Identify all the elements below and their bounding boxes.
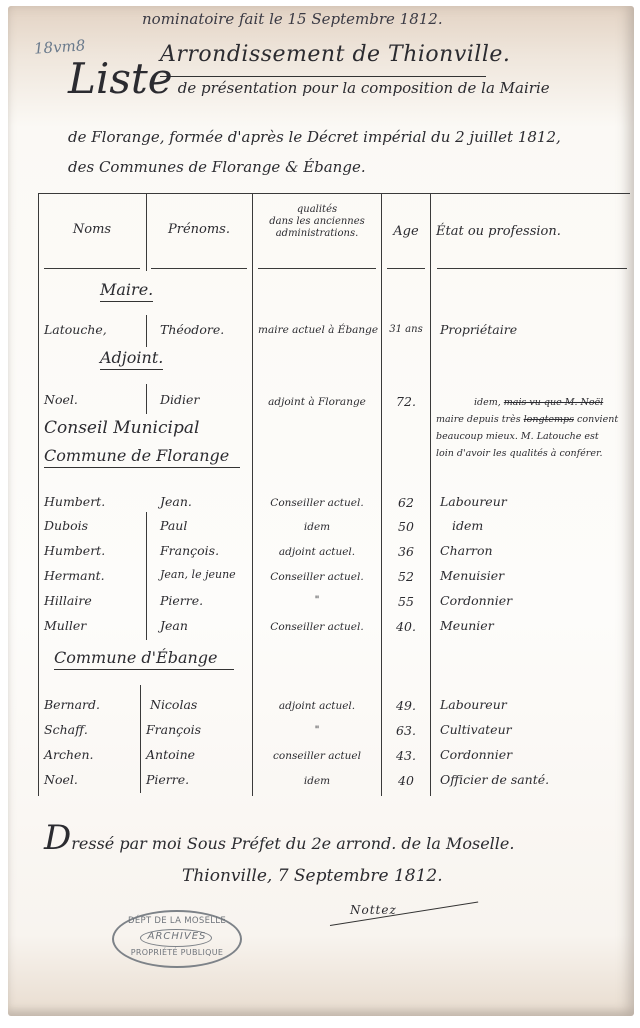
cell-profession: idem [452, 518, 483, 533]
note-line3: beaucoup mieux. M. Latouche est [436, 428, 626, 445]
cell-nom: Noel. [44, 772, 78, 787]
cell-nom: Muller [44, 618, 86, 633]
cell-prenom: Paul [160, 518, 187, 533]
cell-profession: Cultivateur [440, 722, 512, 737]
cell-qualite: adjoint à Florange [258, 396, 376, 408]
cell-age: 36 [386, 544, 426, 559]
section-maire: Maire. [100, 280, 153, 302]
section-florange-label: Commune de Florange [44, 446, 229, 465]
cell-nom: Humbert. [44, 543, 105, 558]
cell-nom: Schaff. [44, 722, 88, 737]
certification-line: Dressé par moi Sous Préfet du 2e arrond.… [44, 818, 514, 858]
cell-nom: Dubois [44, 518, 88, 533]
note-line2b: convient [577, 414, 618, 425]
cell-profession: Charron [440, 543, 493, 558]
header-rule-prenoms [151, 268, 247, 269]
note-line2-struck: longtemps [524, 414, 574, 425]
cell-nom: Bernard. [44, 697, 100, 712]
section-adjoint: Adjoint. [100, 348, 163, 370]
certification-text: ressé par moi Sous Préfet du 2e arrond. … [71, 834, 514, 853]
section-underline [100, 369, 163, 370]
cell-nom: Archen. [44, 747, 93, 762]
cell-prenom: Pierre. [160, 593, 203, 608]
certification-initial: D [44, 818, 71, 858]
section-maire-label: Maire. [100, 280, 153, 299]
section-conseil-municipal: Conseil Municipal [44, 418, 199, 438]
cell-prenom: Antoine [146, 747, 195, 762]
cell-profession: Cordonnier [440, 593, 512, 608]
note-line2a: maire depuis très [436, 414, 521, 425]
section-adjoint-label: Adjoint. [100, 348, 163, 367]
cell-qualite: maire actuel à Ébange [258, 324, 376, 336]
col-divider-noms-seg [146, 512, 147, 640]
stamp-bottom-text: PROPRIÉTÉ PUBLIQUE [114, 948, 240, 957]
title-line-2: de Florange, formée d'après le Décret im… [68, 128, 561, 146]
cell-nom: Noel. [44, 392, 78, 407]
cell-prenom: Nicolas [150, 697, 197, 712]
cell-age: 63. [386, 723, 426, 738]
section-ebange-label: Commune d'Ébange [54, 648, 218, 667]
cell-age: 52 [386, 569, 426, 584]
header-qualites: qualités dans les anciennes administrati… [254, 204, 380, 240]
cell-profession: Officier de santé. [440, 772, 549, 787]
title-line-3: des Communes de Florange & Ébange. [68, 158, 366, 176]
cell-prenom: Jean, le jeune [160, 568, 236, 581]
header-noms: Noms [40, 222, 144, 237]
title-initial: Liste [68, 54, 173, 103]
header-rule-qualites [258, 268, 376, 269]
col-divider-noms-seg [140, 685, 141, 793]
cell-age: 72. [386, 394, 426, 409]
header-prenoms: Prénoms. [148, 222, 250, 237]
cell-prenom: Didier [160, 392, 199, 407]
cell-age: 31 ans [386, 324, 426, 335]
cell-profession: Cordonnier [440, 747, 512, 762]
cell-nom: Humbert. [44, 494, 105, 509]
cell-nom: Latouche, [44, 322, 107, 337]
archives-stamp: DÉPT DE LA MOSELLE ARCHIVES PROPRIÉTÉ PU… [112, 910, 242, 968]
cell-profession: Laboureur [440, 697, 507, 712]
cell-age: 62 [386, 495, 426, 510]
cell-profession: Propriétaire [440, 322, 517, 337]
title-text-1: de présentation pour la composition de l… [178, 79, 550, 97]
header-rule-age [387, 268, 425, 269]
cell-nom: Hillaire [44, 593, 92, 608]
cell-qualite: adjoint actuel. [258, 546, 376, 558]
cell-age: 50 [386, 519, 426, 534]
cell-age: 49. [386, 698, 426, 713]
col-divider-age [430, 193, 431, 796]
cell-age: 43. [386, 748, 426, 763]
cell-nom: Hermant. [44, 568, 105, 583]
table-left-border [38, 193, 39, 796]
header-qualites-line3: administrations. [254, 228, 380, 240]
cell-qualite: Conseiller actuel. [258, 571, 376, 583]
section-commune-florange: Commune de Florange [44, 446, 240, 468]
header-qualites-line1: qualités [254, 204, 380, 216]
cell-profession: Laboureur [440, 494, 507, 509]
cell-prenom: Pierre. [146, 772, 189, 787]
col-divider-noms-seg [146, 384, 147, 414]
table-top-border [38, 193, 630, 194]
section-underline [54, 669, 234, 670]
cell-prenom: Jean. [160, 494, 192, 509]
cell-qualite: idem [258, 775, 376, 787]
section-underline [44, 467, 240, 468]
title-line-1: Liste de présentation pour la compositio… [68, 58, 550, 100]
col-divider-noms-seg [146, 315, 147, 347]
stamp-middle-text: ARCHIVES [114, 931, 240, 942]
cell-age: 40. [386, 619, 426, 634]
cell-qualite: Conseiller actuel. [258, 621, 376, 633]
note-struck: mais vu que M. Noël [504, 397, 603, 408]
col-divider-qualites [381, 193, 382, 796]
cell-age: 40 [386, 773, 426, 788]
cell-qualite: idem [258, 521, 376, 533]
cell-profession-note: idem, mais vu que M. Noëlidem, mais vu q… [436, 394, 626, 462]
stamp-top-text: DÉPT DE LA MOSELLE [114, 916, 240, 926]
cell-qualite: " [258, 724, 376, 736]
top-note: nominatoire fait le 15 Septembre 1812. [142, 10, 443, 28]
cell-qualite: conseiller actuel [258, 750, 376, 762]
section-underline [100, 301, 153, 302]
cell-profession: Meunier [440, 618, 494, 633]
cell-profession: Menuisier [440, 568, 504, 583]
cell-prenom: François. [160, 543, 219, 558]
note-lead: idem [474, 397, 498, 408]
cell-prenom: Jean [160, 618, 188, 633]
cell-qualite: Conseiller actuel. [258, 497, 376, 509]
place-date: Thionville, 7 Septembre 1812. [182, 866, 443, 886]
header-age: Age [383, 224, 429, 239]
cell-qualite: " [258, 594, 376, 606]
note-line4: loin d'avoir les qualités à conférer. [436, 445, 626, 462]
header-rule-etat [437, 268, 627, 269]
col-divider-noms [146, 193, 147, 271]
cell-age: 55 [386, 594, 426, 609]
header-etat: État ou profession. [436, 224, 566, 239]
header-rule-noms [44, 268, 140, 269]
cell-qualite: adjoint actuel. [258, 700, 376, 712]
col-divider-prenoms [252, 193, 253, 796]
section-commune-ebange: Commune d'Ébange [54, 648, 234, 670]
cell-prenom: François [146, 722, 201, 737]
cell-prenom: Théodore. [160, 322, 224, 337]
header-qualites-line2: dans les anciennes [254, 216, 380, 228]
